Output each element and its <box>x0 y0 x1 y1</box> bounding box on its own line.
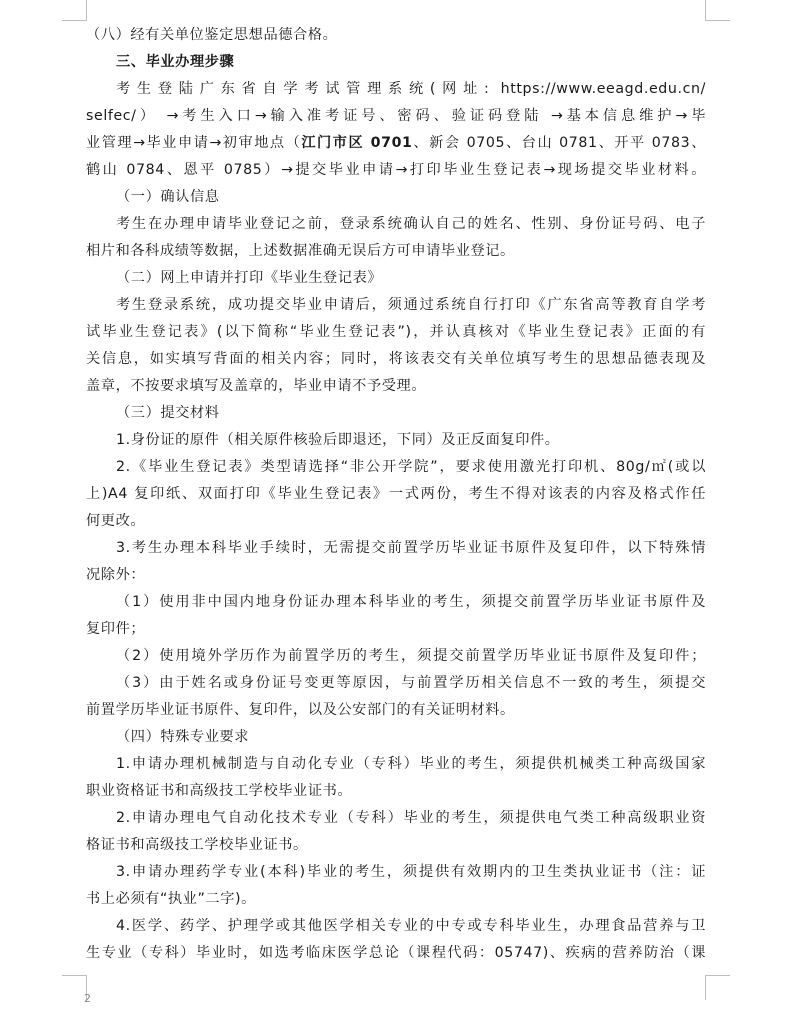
paragraph-line: 试毕业生登记表》(以下简称“毕业生登记表”)，并认真核对《毕业生登记表》正面的有 <box>86 319 706 346</box>
paragraph-line: （八）经有关单位鉴定思想品德合格。 <box>86 22 706 49</box>
paragraph-line: 生专业（专科）毕业时，如选考临床医学总论（课程代码：05747)、疾病的营养防治… <box>86 940 706 967</box>
paragraph-line: 上)A4 复印纸、双面打印《毕业生登记表》一式两份，考生不得对该表的内容及格式作… <box>86 481 706 508</box>
paragraph-line: 书上必须有“执业”二字)。 <box>86 886 706 913</box>
paragraph-line: 何更改。 <box>86 508 706 535</box>
subsection-heading: （二）网上申请并打印《毕业生登记表》 <box>86 265 706 292</box>
paragraph-line: （3）由于姓名或身份证号变更等原因，与前置学历相关信息不一致的考生，须提交 <box>86 670 706 697</box>
text-run: 、新会 0705、台山 0781、开平 0783、 <box>413 135 706 151</box>
paragraph-line: （2）使用境外学历作为前置学历的考生，须提交前置学历毕业证书原件及复印件； <box>86 643 706 670</box>
crop-mark-top-left <box>62 0 87 21</box>
paragraph-line: 鹤山 0784、恩平 0785）→提交毕业申请→打印毕业生登记表→现场提交毕业材… <box>86 157 706 184</box>
text-run: 业管理→毕业申请→初审地点（ <box>86 135 301 151</box>
paragraph-line: 3.申请办理药学专业(本科)毕业的考生，须提供有效期内的卫生类执业证书（注：证 <box>86 859 706 886</box>
paragraph-line: 相片和各科成绩等数据，上述数据准确无误后方可申请毕业登记。 <box>86 238 706 265</box>
section-heading: 三、毕业办理步骤 <box>86 49 706 76</box>
paragraph-line: 3.考生办理本科毕业手续时，无需提交前置学历毕业证书原件及复印件，以下特殊情 <box>86 535 706 562</box>
subsection-heading: （三）提交材料 <box>86 400 706 427</box>
text-run-bold: 江门市区 0701 <box>301 135 412 151</box>
document-body: （八）经有关单位鉴定思想品德合格。 三、毕业办理步骤 考生登陆广东省自学考试管理… <box>86 22 706 967</box>
paragraph-line: 考生登陆广东省自学考试管理系统(网址: https://www.eeagd.ed… <box>86 76 706 103</box>
paragraph-line: 4.医学、药学、护理学或其他医学相关专业的中专或专科毕业生，办理食品营养与卫 <box>86 913 706 940</box>
paragraph-line: 1.身份证的原件（相关原件核验后即退还，下同）及正反面复印件。 <box>86 427 706 454</box>
paragraph-line: 前置学历毕业证书原件、复印件，以及公安部门的有关证明材料。 <box>86 697 706 724</box>
paragraph-line: 考生登录系统，成功提交毕业申请后，须通过系统自行打印《广东省高等教育自学考 <box>86 292 706 319</box>
paragraph-line: 2.《毕业生登记表》类型请选择“非公开学院”，要求使用激光打印机、80g/㎡(或… <box>86 454 706 481</box>
crop-mark-bottom-right <box>705 975 730 1000</box>
crop-mark-top-right <box>705 0 730 21</box>
paragraph-line: 盖章，不按要求填写及盖章的，毕业申请不予受理。 <box>86 373 706 400</box>
paragraph-line-with-bold: 业管理→毕业申请→初审地点（江门市区 0701、新会 0705、台山 0781、… <box>86 130 706 157</box>
paragraph-line: 职业资格证书和高级技工学校毕业证书。 <box>86 778 706 805</box>
paragraph-line: （1）使用非中国内地身份证办理本科毕业的考生，须提交前置学历毕业证书原件及 <box>86 589 706 616</box>
paragraph-line: selfec/） →考生入口→输入准考证号、密码、验证码登陆 →基本信息维护→毕 <box>86 103 706 130</box>
paragraph-line: 关信息，如实填写背面的相关内容；同时，将该表交有关单位填写考生的思想品德表现及 <box>86 346 706 373</box>
paragraph-line: 考生在办理申请毕业登记之前，登录系统确认自己的姓名、性别、身份证号码、电子 <box>86 211 706 238</box>
paragraph-line: 况除外： <box>86 562 706 589</box>
paragraph-line: 复印件； <box>86 616 706 643</box>
subsection-heading: （一）确认信息 <box>86 184 706 211</box>
page-number: 2 <box>84 992 91 1005</box>
paragraph-line: 1.申请办理机械制造与自动化专业（专科）毕业的考生，须提供机械类工种高级国家 <box>86 751 706 778</box>
subsection-heading: （四）特殊专业要求 <box>86 724 706 751</box>
paragraph-line: 格证书和高级技工学校毕业证书。 <box>86 832 706 859</box>
paragraph-line: 2.申请办理电气自动化技术专业（专科）毕业的考生，须提供电气类工种高级职业资 <box>86 805 706 832</box>
